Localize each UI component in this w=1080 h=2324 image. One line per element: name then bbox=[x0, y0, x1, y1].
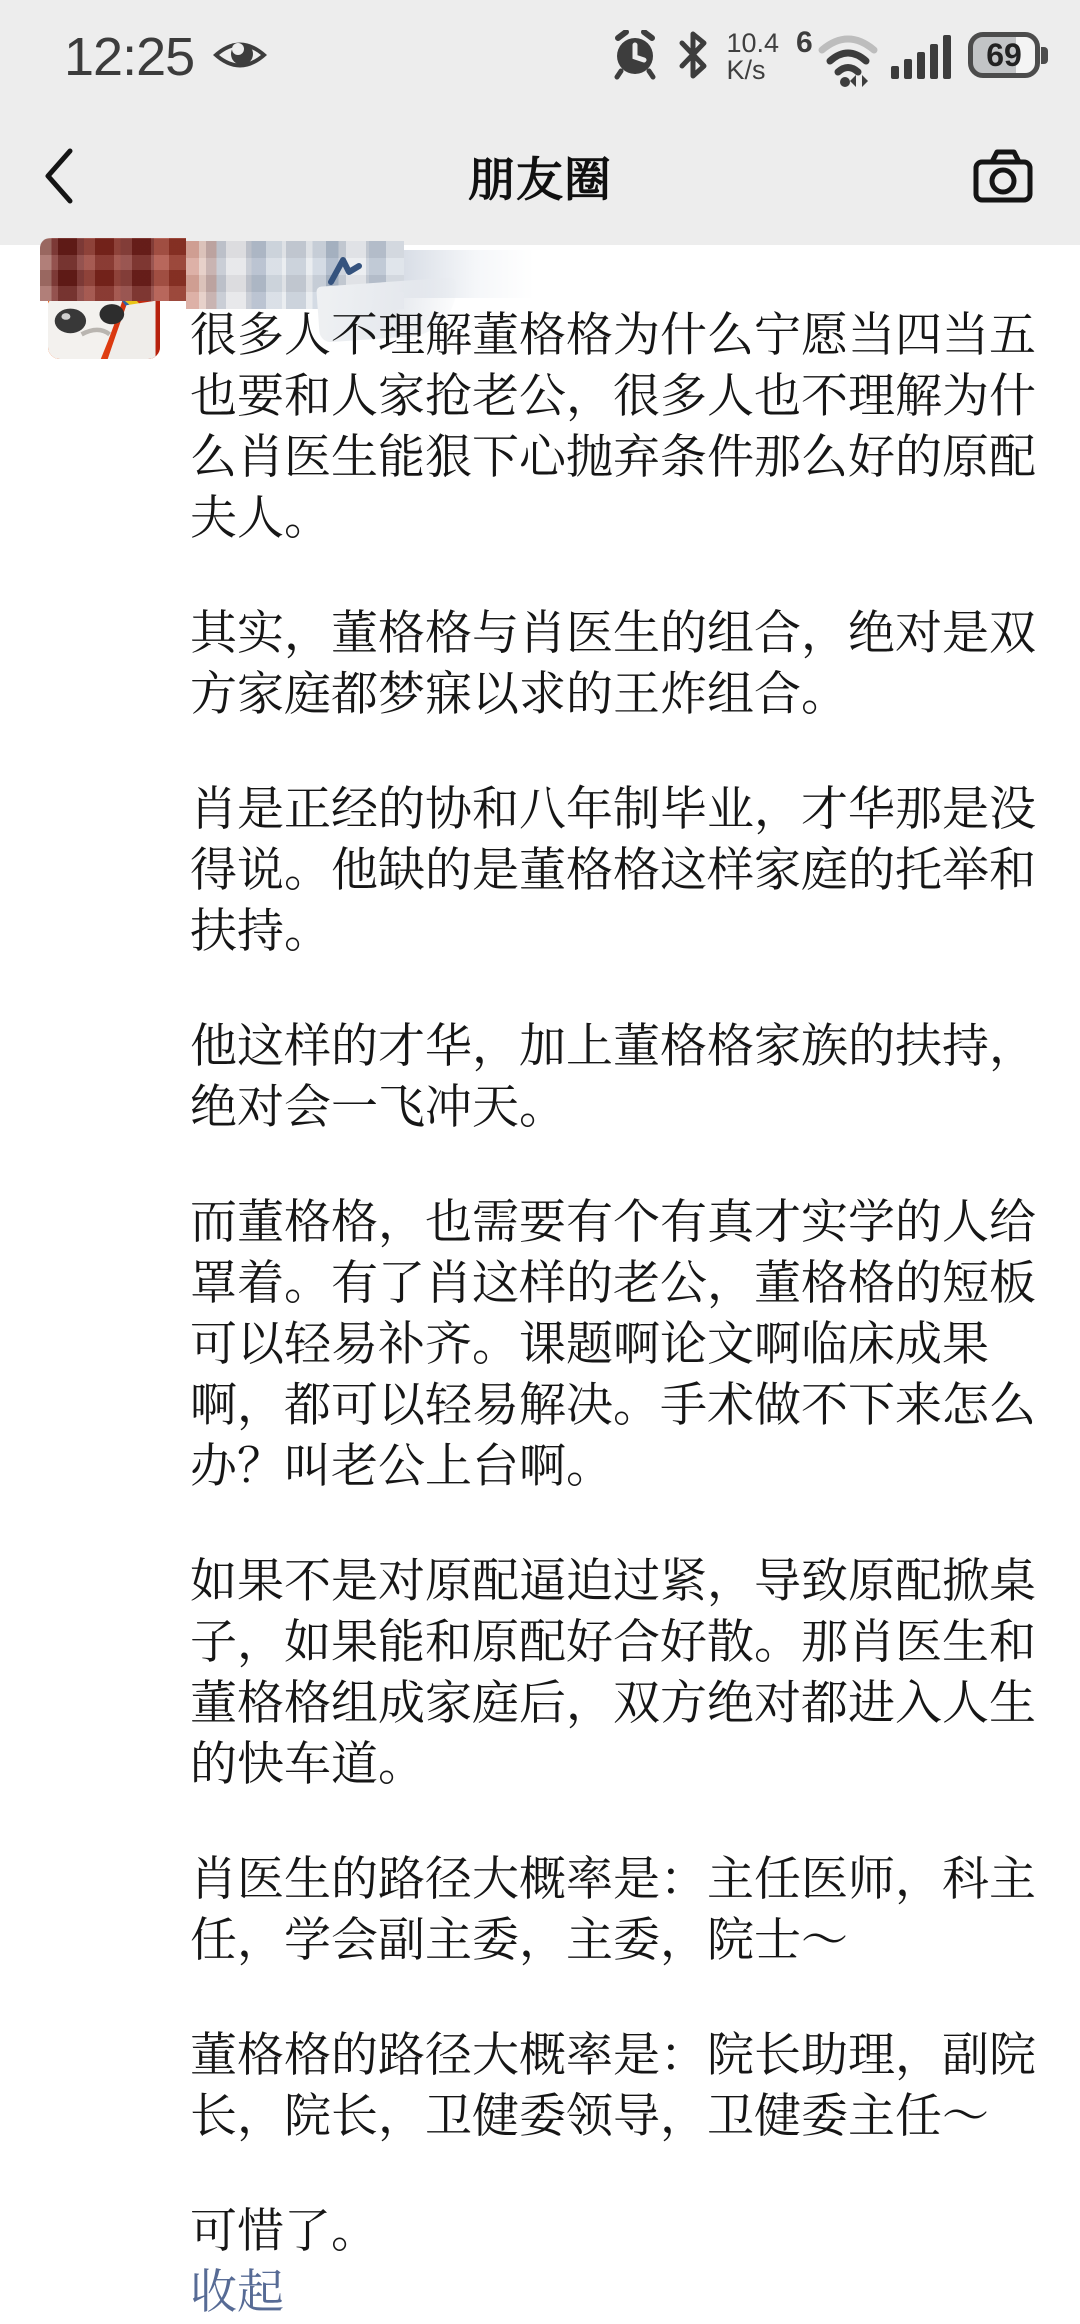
page-title: 朋友圈 bbox=[0, 108, 1080, 245]
status-bar: 12:25 bbox=[0, 0, 1080, 108]
post-paragraph: 肖是正经的协和八年制毕业，才华那是没得说。他缺的是董格格这样家庭的托举和扶持。 bbox=[190, 778, 1050, 961]
battery-icon: 69 bbox=[968, 32, 1054, 82]
battery-nub bbox=[1041, 47, 1048, 64]
signal-bars-icon bbox=[891, 35, 951, 79]
clock-time: 12:25 bbox=[64, 26, 194, 88]
post-paragraph: 而董格格，也需要有个有真才实学的人给罩着。有了肖这样的老公，董格格的短板可以轻易… bbox=[190, 1191, 1050, 1496]
network-speed: 10.4 K/s bbox=[726, 30, 779, 84]
collapse-link[interactable]: 收起 bbox=[190, 2261, 1050, 2322]
eye-protection-icon bbox=[210, 32, 270, 83]
post-text: 很多人不理解董格格为什么宁愿当四当五也要和人家抢老公，很多人也不理解为什么肖医生… bbox=[190, 304, 1050, 2322]
wifi-icon: 6 bbox=[796, 28, 874, 86]
censored-avatar-mosaic bbox=[40, 238, 186, 301]
nav-bar: 朋友圈 bbox=[0, 108, 1080, 245]
wechat-moments-screen: 12:25 bbox=[0, 0, 1080, 2324]
post-paragraph: 他这样的才华，加上董格格家族的扶持，绝对会一飞冲天。 bbox=[190, 1015, 1050, 1137]
battery-percent: 69 bbox=[986, 37, 1022, 74]
post-paragraph: 其实，董格格与肖医生的组合，绝对是双方家庭都梦寐以求的王炸组合。 bbox=[190, 602, 1050, 724]
post-paragraph: 董格格的路径大概率是：院长助理，副院长，院长，卫健委领导，卫健委主任～ bbox=[190, 2024, 1050, 2146]
network-speed-value: 10.4 bbox=[726, 30, 779, 57]
alarm-icon bbox=[610, 30, 660, 85]
camera-button[interactable] bbox=[972, 148, 1034, 204]
status-bar-left: 12:25 bbox=[64, 26, 270, 88]
post-paragraph: 可惜了。 bbox=[190, 2200, 1050, 2261]
post-paragraph: 很多人不理解董格格为什么宁愿当四当五也要和人家抢老公，很多人也不理解为什么肖医生… bbox=[190, 304, 1050, 548]
mosaic-arrow-icon bbox=[328, 256, 362, 286]
post-paragraph: 肖医生的路径大概率是：主任医师，科主任，学会副主委，主委，院士～ bbox=[190, 1848, 1050, 1970]
camera-icon bbox=[972, 148, 1034, 204]
post-paragraphs: 很多人不理解董格格为什么宁愿当四当五也要和人家抢老公，很多人也不理解为什么肖医生… bbox=[190, 304, 1050, 2261]
status-bar-right: 10.4 K/s 6 69 bbox=[610, 28, 1054, 86]
bluetooth-icon bbox=[677, 30, 709, 85]
network-speed-unit: K/s bbox=[726, 57, 765, 84]
post-paragraph: 如果不是对原配逼迫过紧，导致原配掀桌子，如果能和原配好合好散。那肖医生和董格格组… bbox=[190, 1550, 1050, 1794]
